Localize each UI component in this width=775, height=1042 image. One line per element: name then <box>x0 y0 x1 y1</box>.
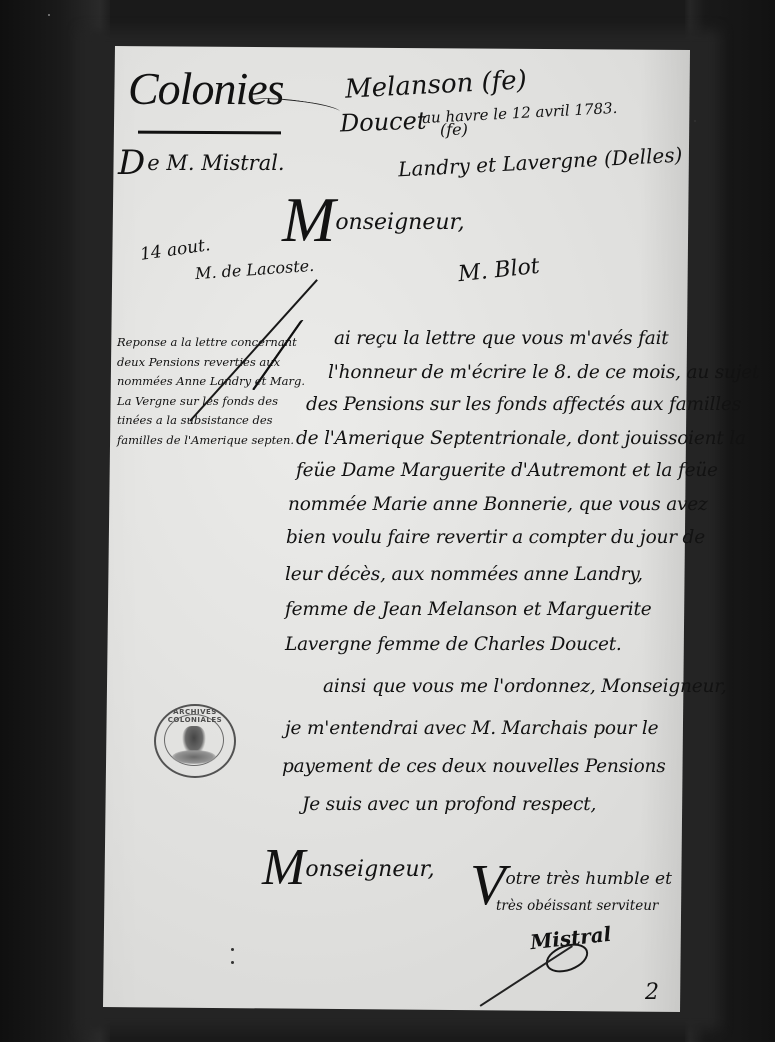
from-initial: D <box>118 143 145 183</box>
scan-speck <box>231 948 234 951</box>
margin-summary: Reponse a la lettre concernant deux Pens… <box>117 333 305 450</box>
scan-speck <box>231 961 234 964</box>
margin-summary-line: Reponse a la lettre concernant <box>117 333 305 353</box>
body-line: je m'entendrai avec M. Marchais pour le <box>285 720 658 739</box>
margin-summary-line: tinées a la subsistance des <box>117 411 305 431</box>
sign-off-line2: très obéissant serviteur <box>496 900 658 914</box>
salutation-rest: onseigneur, <box>335 210 464 235</box>
closing-rest: onseigneur, <box>305 857 434 882</box>
closing-salutation: Monseigneur, <box>262 842 435 894</box>
stamp-ground-icon <box>172 750 216 764</box>
archives-stamp: ARCHIVES COLONIALES <box>154 704 236 778</box>
scan-speck <box>694 120 696 122</box>
salutation-initial: M <box>282 184 335 255</box>
body-line: l'honneur de m'écrire le 8. de ce mois, … <box>328 364 759 383</box>
body-line: ai reçu la lettre que vous m'avés fait <box>334 330 669 349</box>
from-line: De M. Mistral. <box>118 146 285 180</box>
subject-names-line2: Doucet <box>340 108 427 135</box>
body-line: Lavergne femme de Charles Doucet. <box>285 636 622 655</box>
body-line: leur décès, aux nommées anne Landry, <box>285 566 643 585</box>
scan-speck <box>48 14 50 16</box>
salutation: Monseigneur, <box>282 188 465 252</box>
body-line: bien voulu faire revertir a compter du j… <box>286 529 705 548</box>
from-text: e M. Mistral. <box>147 151 284 175</box>
body-line: des Pensions sur les fonds affectés aux … <box>306 396 741 415</box>
body-line: Je suis avec un profond respect, <box>302 796 596 815</box>
body-line: nommée Marie anne Bonnerie, que vous ave… <box>288 496 708 515</box>
scanned-document-image: Colonies De M. Mistral. Melanson (fe) Do… <box>0 0 775 1042</box>
stamp-text: ARCHIVES COLONIALES <box>162 708 228 724</box>
closing-initial: M <box>262 839 305 896</box>
subject-names-line2-sub: (fe) <box>440 122 468 138</box>
margin-summary-line: familles de l'Amerique septen. <box>117 431 305 451</box>
sign-off-text: otre très humble et <box>505 869 672 889</box>
body-line: payement de ces deux nouvelles Pensions <box>282 758 666 777</box>
body-line: de l'Amerique Septentrionale, dont jouis… <box>296 430 746 449</box>
folio-number: 2 <box>645 982 659 1004</box>
body-line: ainsi que vous me l'ordonnez, Monseigneu… <box>323 678 727 697</box>
body-line: femme de Jean Melanson et Marguerite <box>285 601 651 620</box>
body-line: feüe Dame Marguerite d'Autremont et la f… <box>296 462 718 481</box>
